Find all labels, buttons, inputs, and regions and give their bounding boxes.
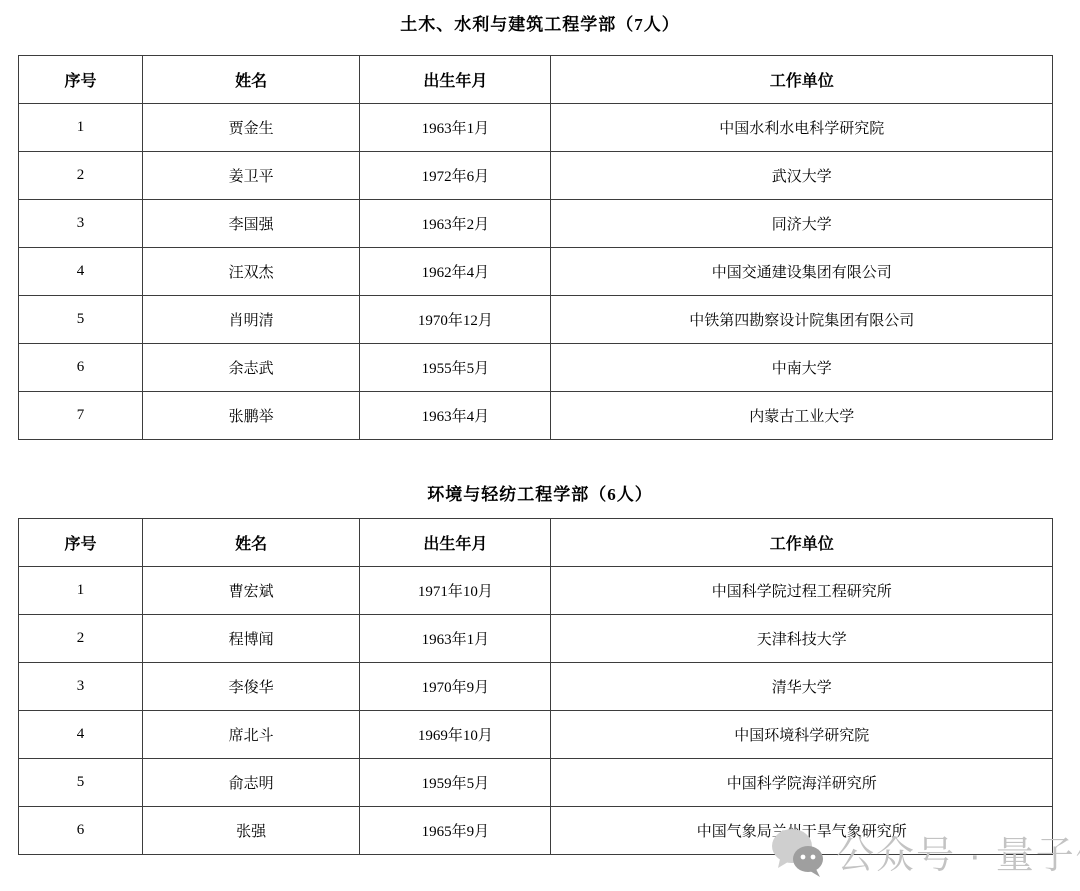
index-cell: 2	[19, 152, 143, 200]
birthdate-cell: 1959年5月	[360, 759, 551, 807]
workunit-cell: 中国科学院海洋研究所	[551, 759, 1053, 807]
document-page: 土木、水利与建筑工程学部（7人） 序号姓名出生年月工作单位 1贾金生1963年1…	[0, 0, 1080, 891]
column-header: 序号	[19, 56, 143, 104]
column-header: 出生年月	[360, 519, 551, 567]
workunit-cell: 中铁第四勘察设计院集团有限公司	[551, 296, 1053, 344]
name-cell: 席北斗	[143, 711, 360, 759]
header-row: 序号姓名出生年月工作单位	[19, 56, 1053, 104]
index-cell: 6	[19, 807, 143, 855]
name-cell: 姜卫平	[143, 152, 360, 200]
name-cell: 肖明清	[143, 296, 360, 344]
table-row: 1曹宏斌1971年10月中国科学院过程工程研究所	[19, 567, 1053, 615]
column-header: 出生年月	[360, 56, 551, 104]
index-cell: 4	[19, 248, 143, 296]
birthdate-cell: 1963年4月	[360, 392, 551, 440]
index-cell: 7	[19, 392, 143, 440]
environment-textile-table: 序号姓名出生年月工作单位 1曹宏斌1971年10月中国科学院过程工程研究所2程博…	[18, 518, 1053, 855]
workunit-cell: 中南大学	[551, 344, 1053, 392]
name-cell: 曹宏斌	[143, 567, 360, 615]
birthdate-cell: 1955年5月	[360, 344, 551, 392]
birthdate-cell: 1963年2月	[360, 200, 551, 248]
table-row: 7张鹏举1963年4月内蒙古工业大学	[19, 392, 1053, 440]
birthdate-cell: 1970年9月	[360, 663, 551, 711]
birthdate-cell: 1972年6月	[360, 152, 551, 200]
index-cell: 2	[19, 615, 143, 663]
name-cell: 程博闻	[143, 615, 360, 663]
name-cell: 张鹏举	[143, 392, 360, 440]
workunit-cell: 中国交通建设集团有限公司	[551, 248, 1053, 296]
name-cell: 李俊华	[143, 663, 360, 711]
table-row: 3李俊华1970年9月清华大学	[19, 663, 1053, 711]
name-cell: 张强	[143, 807, 360, 855]
birthdate-cell: 1970年12月	[360, 296, 551, 344]
index-cell: 3	[19, 663, 143, 711]
column-header: 姓名	[143, 56, 360, 104]
workunit-cell: 中国气象局兰州干旱气象研究所	[551, 807, 1053, 855]
workunit-cell: 中国水利水电科学研究院	[551, 104, 1053, 152]
section-title-environment-textile: 环境与轻纺工程学部（6人）	[0, 483, 1080, 507]
table-row: 6张强1965年9月中国气象局兰州干旱气象研究所	[19, 807, 1053, 855]
workunit-cell: 清华大学	[551, 663, 1053, 711]
index-cell: 3	[19, 200, 143, 248]
column-header: 姓名	[143, 519, 360, 567]
table-row: 1贾金生1963年1月中国水利水电科学研究院	[19, 104, 1053, 152]
table-row: 4席北斗1969年10月中国环境科学研究院	[19, 711, 1053, 759]
birthdate-cell: 1965年9月	[360, 807, 551, 855]
table-row: 2姜卫平1972年6月武汉大学	[19, 152, 1053, 200]
table-row: 2程博闻1963年1月天津科技大学	[19, 615, 1053, 663]
index-cell: 6	[19, 344, 143, 392]
index-cell: 4	[19, 711, 143, 759]
table-row: 6余志武1955年5月中南大学	[19, 344, 1053, 392]
birthdate-cell: 1971年10月	[360, 567, 551, 615]
birthdate-cell: 1969年10月	[360, 711, 551, 759]
column-header: 工作单位	[551, 56, 1053, 104]
section-title-civil-engineering: 土木、水利与建筑工程学部（7人）	[0, 0, 1080, 37]
column-header: 序号	[19, 519, 143, 567]
table-row: 5肖明清1970年12月中铁第四勘察设计院集团有限公司	[19, 296, 1053, 344]
civil-engineering-table: 序号姓名出生年月工作单位 1贾金生1963年1月中国水利水电科学研究院2姜卫平1…	[18, 55, 1053, 440]
workunit-cell: 同济大学	[551, 200, 1053, 248]
column-header: 工作单位	[551, 519, 1053, 567]
workunit-cell: 内蒙古工业大学	[551, 392, 1053, 440]
name-cell: 俞志明	[143, 759, 360, 807]
birthdate-cell: 1963年1月	[360, 615, 551, 663]
header-row: 序号姓名出生年月工作单位	[19, 519, 1053, 567]
birthdate-cell: 1962年4月	[360, 248, 551, 296]
table-row: 3李国强1963年2月同济大学	[19, 200, 1053, 248]
name-cell: 余志武	[143, 344, 360, 392]
index-cell: 1	[19, 104, 143, 152]
index-cell: 5	[19, 296, 143, 344]
workunit-cell: 中国科学院过程工程研究所	[551, 567, 1053, 615]
birthdate-cell: 1963年1月	[360, 104, 551, 152]
index-cell: 1	[19, 567, 143, 615]
workunit-cell: 武汉大学	[551, 152, 1053, 200]
workunit-cell: 天津科技大学	[551, 615, 1053, 663]
table-row: 4汪双杰1962年4月中国交通建设集团有限公司	[19, 248, 1053, 296]
name-cell: 贾金生	[143, 104, 360, 152]
name-cell: 汪双杰	[143, 248, 360, 296]
name-cell: 李国强	[143, 200, 360, 248]
workunit-cell: 中国环境科学研究院	[551, 711, 1053, 759]
table-row: 5俞志明1959年5月中国科学院海洋研究所	[19, 759, 1053, 807]
index-cell: 5	[19, 759, 143, 807]
